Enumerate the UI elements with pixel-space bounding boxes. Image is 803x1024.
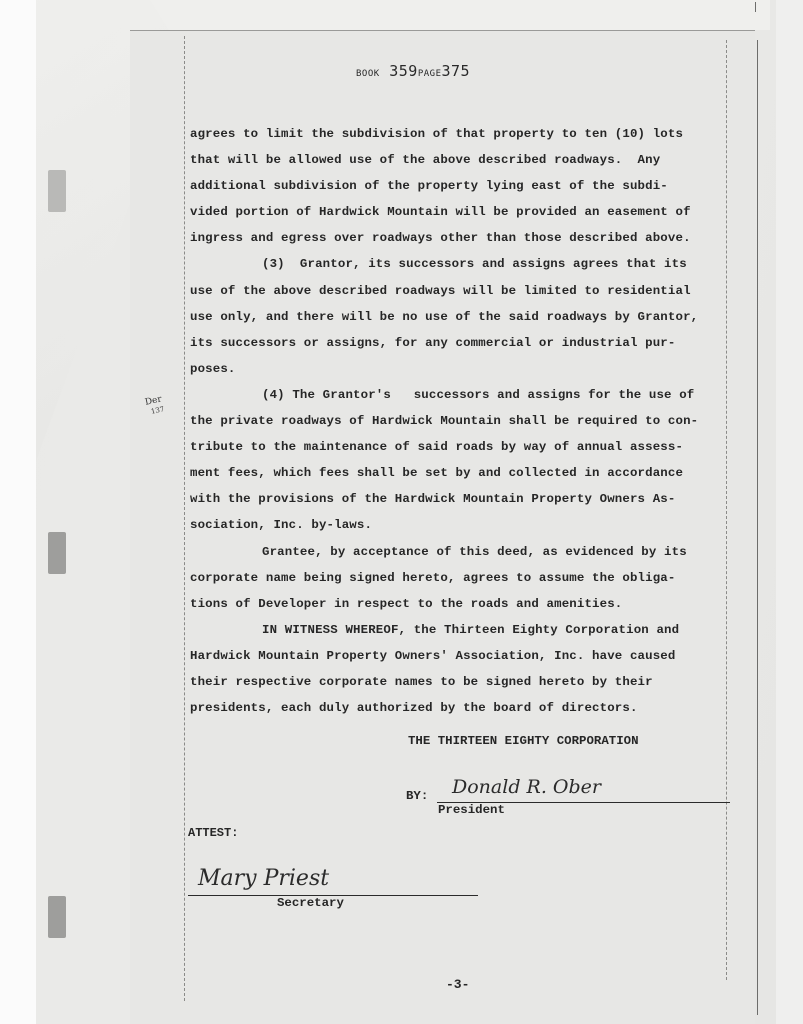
page-reference-number: 375 [442, 62, 471, 80]
secretary-signature: Mary Priest [198, 866, 329, 891]
background-right-edge [776, 0, 803, 1024]
text-line: IN WITNESS WHEREOF, the Thirteen Eighty … [190, 617, 735, 643]
text-line: ment fees, which fees shall be set by an… [190, 460, 735, 486]
book-number: 359 [389, 62, 418, 80]
text-line: vided portion of Hardwick Mountain will … [190, 199, 735, 225]
text-line: tions of Developer in respect to the roa… [190, 591, 735, 617]
secretary-title: Secretary [277, 896, 344, 910]
text-line: their respective corporate names to be s… [190, 669, 735, 695]
page-right-edge-rule [757, 40, 758, 1015]
president-title: President [438, 803, 505, 817]
binding-tab [48, 896, 66, 938]
text-line: the private roadways of Hardwick Mountai… [190, 408, 735, 434]
text-line: Grantee, by acceptance of this deed, as … [190, 539, 735, 565]
text-line: (4) The Grantor's successors and assigns… [190, 382, 735, 408]
left-margin-rule [184, 36, 185, 1001]
text-line: ingress and egress over roadways other t… [190, 225, 735, 251]
attest-label: ATTEST: [188, 826, 238, 840]
deed-body-text: agrees to limit the subdivision of that … [190, 121, 735, 721]
binding-tab [48, 532, 66, 574]
page-label: PAGE [418, 69, 442, 79]
by-label: BY: [406, 789, 428, 803]
book-label: BOOK [356, 69, 380, 79]
text-line: its successors or assigns, for any comme… [190, 330, 735, 356]
top-paper-flap [150, 0, 770, 30]
text-line: with the provisions of the Hardwick Moun… [190, 486, 735, 512]
top-edge-mark [755, 2, 756, 12]
text-line: sociation, Inc. by-laws. [190, 512, 735, 538]
text-line: (3) Grantor, its successors and assigns … [190, 251, 735, 277]
background-left-edge [0, 0, 36, 1024]
binding-tab [48, 170, 66, 212]
text-line: Hardwick Mountain Property Owners' Assoc… [190, 643, 735, 669]
text-line: additional subdivision of the property l… [190, 173, 735, 199]
corporation-name: THE THIRTEEN EIGHTY CORPORATION [408, 734, 639, 748]
text-line: use only, and there will be no use of th… [190, 304, 735, 330]
text-line: that will be allowed use of the above de… [190, 147, 735, 173]
text-line: corporate name being signed hereto, agre… [190, 565, 735, 591]
page-number: -3- [446, 977, 469, 992]
text-line: use of the above described roadways will… [190, 278, 735, 304]
text-line: presidents, each duly authorized by the … [190, 695, 735, 721]
text-line: tribute to the maintenance of said roads… [190, 434, 735, 460]
book-page-reference: BOOK 359PAGE375 [356, 62, 470, 80]
text-line: poses. [190, 356, 735, 382]
president-signature: Donald R. Ober [452, 776, 601, 798]
text-line: agrees to limit the subdivision of that … [190, 121, 735, 147]
